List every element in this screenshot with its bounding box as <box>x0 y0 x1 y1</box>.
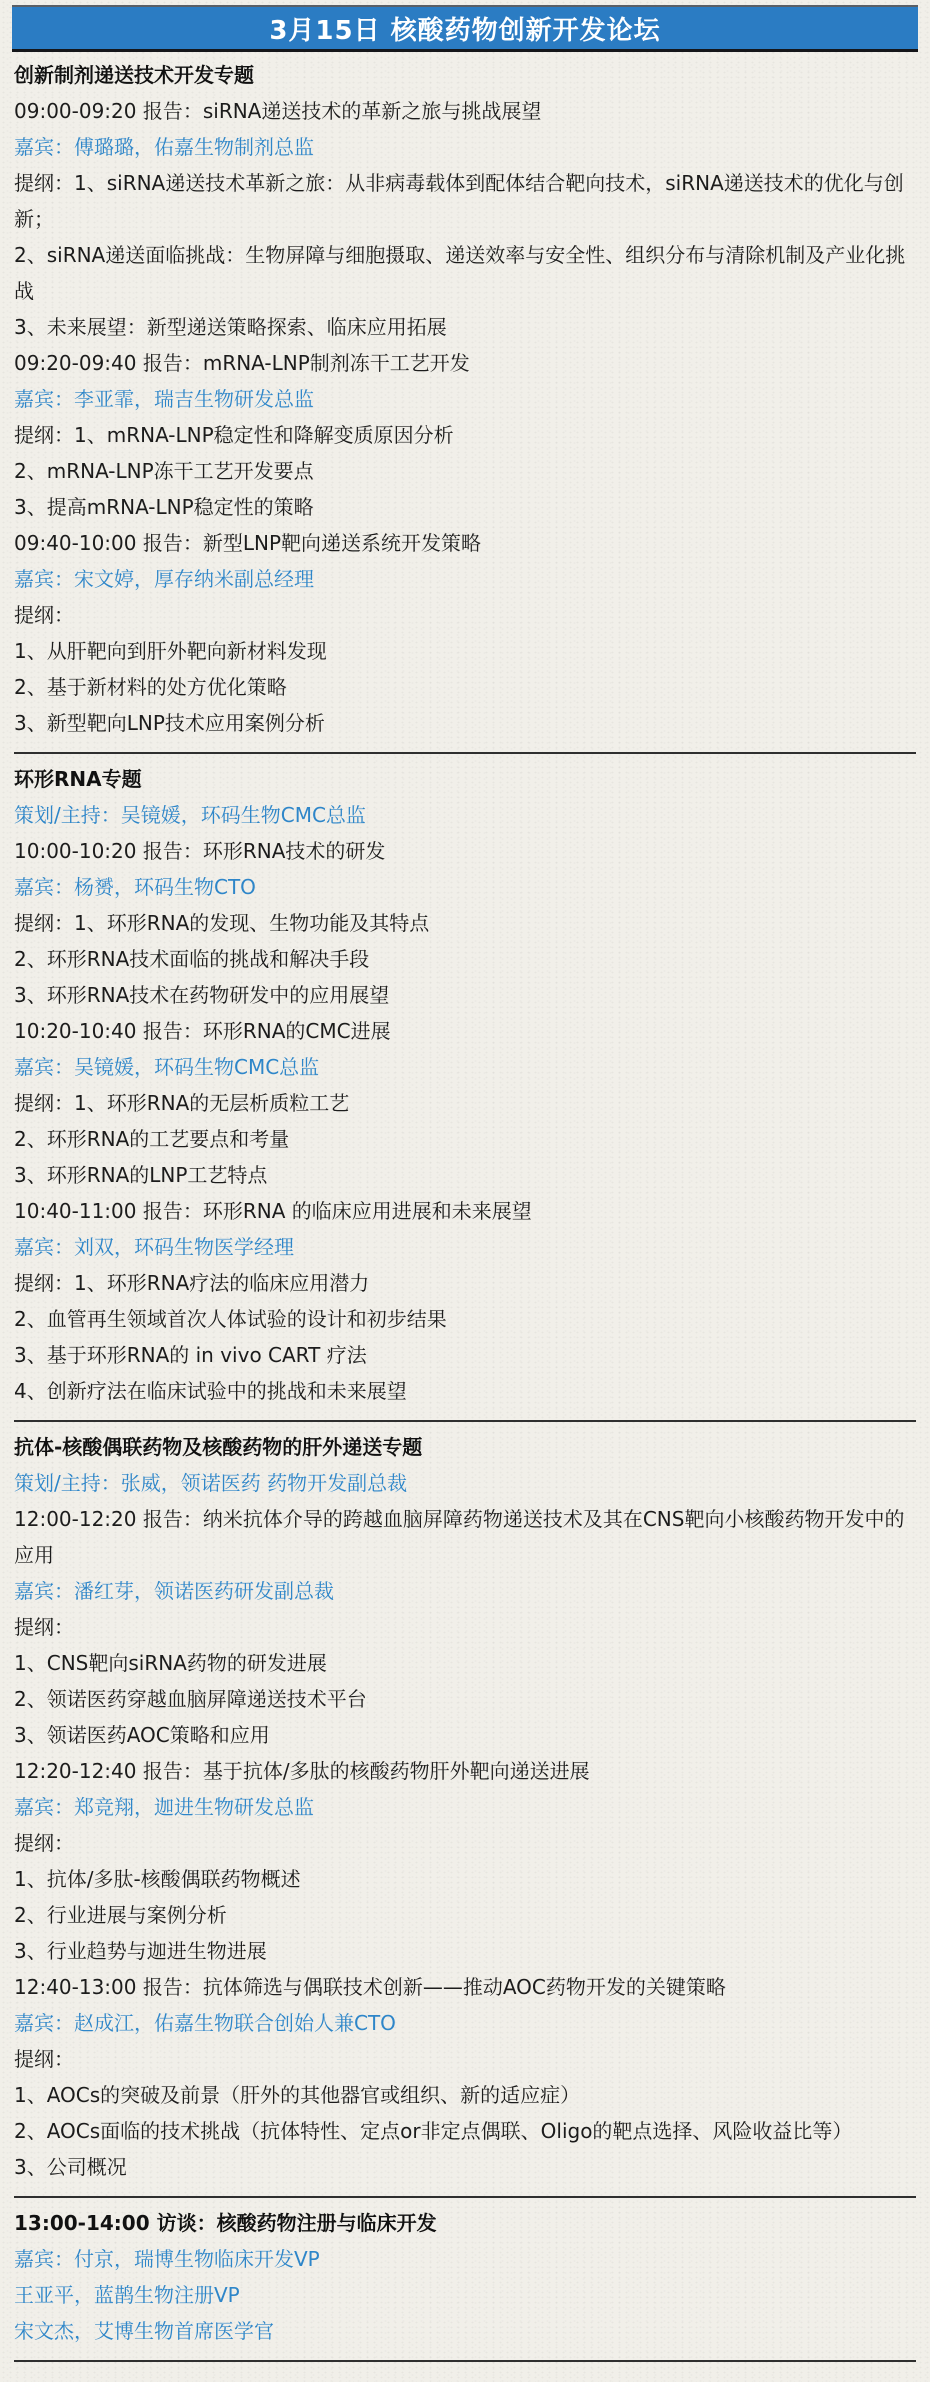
outline-item: 3、领诺医药AOC策略和应用 <box>14 1717 916 1753</box>
outline-item: 3、行业趋势与迦进生物进展 <box>14 1933 916 1969</box>
outline-item: 2、mRNA-LNP冻干工艺开发要点 <box>14 453 916 489</box>
session-time-title: 09:20-09:40 报告：mRNA-LNP制剂冻干工艺开发 <box>14 345 916 381</box>
guest-line: 嘉宾：赵成江，佑嘉生物联合创始人兼CTO <box>14 2005 916 2041</box>
outline-item: 提纲：1、mRNA-LNP稳定性和降解变质原因分析 <box>14 417 916 453</box>
session-time-title: 12:20-12:40 报告：基于抗体/多肽的核酸药物肝外靶向递送进展 <box>14 1753 916 1789</box>
forum-title-banner: 3月15日 核酸药物创新开发论坛 <box>12 5 918 52</box>
outline-item: 3、环形RNA的LNP工艺特点 <box>14 1157 916 1193</box>
outline-item: 1、从肝靶向到肝外靶向新材料发现 <box>14 633 916 669</box>
session-time-title: 10:40-11:00 报告：环形RNA 的临床应用进展和未来展望 <box>14 1193 916 1229</box>
outline-item: 提纲：1、环形RNA疗法的临床应用潜力 <box>14 1265 916 1301</box>
outline-item: 提纲： <box>14 1609 916 1645</box>
guest-line: 宋文杰，艾博生物首席医学官 <box>14 2313 916 2349</box>
section-divider <box>14 752 916 754</box>
guest-line: 嘉宾：潘红芽，领诺医药研发副总裁 <box>14 1573 916 1609</box>
session-time-title: 10:20-10:40 报告：环形RNA的CMC进展 <box>14 1013 916 1049</box>
session-time-title: 09:40-10:00 报告：新型LNP靶向递送系统开发策略 <box>14 525 916 561</box>
outline-item: 2、siRNA递送面临挑战：生物屏障与细胞摄取、递送效率与安全性、组织分布与清除… <box>14 237 916 309</box>
section-heading: 环形RNA专题 <box>14 761 916 797</box>
section-heading: 创新制剂递送技术开发专题 <box>14 57 916 93</box>
outline-item: 2、AOCs面临的技术挑战（抗体特性、定点or非定点偶联、Oligo的靶点选择、… <box>14 2113 916 2149</box>
outline-item: 提纲：1、环形RNA的发现、生物功能及其特点 <box>14 905 916 941</box>
outline-item: 1、抗体/多肽-核酸偶联药物概述 <box>14 1861 916 1897</box>
outline-item: 3、环形RNA技术在药物研发中的应用展望 <box>14 977 916 1013</box>
outline-item: 提纲： <box>14 1825 916 1861</box>
outline-item: 3、提高mRNA-LNP稳定性的策略 <box>14 489 916 525</box>
outline-item: 提纲：1、环形RNA的无层析质粒工艺 <box>14 1085 916 1121</box>
outline-item: 2、环形RNA技术面临的挑战和解决手段 <box>14 941 916 977</box>
outline-item: 1、AOCs的突破及前景（肝外的其他器官或组织、新的适应症） <box>14 2077 916 2113</box>
outline-item: 2、行业进展与案例分析 <box>14 1897 916 1933</box>
outline-item: 4、创新疗法在临床试验中的挑战和未来展望 <box>14 1373 916 1409</box>
guest-line: 嘉宾：傅璐璐，佑嘉生物制剂总监 <box>14 129 916 165</box>
session-time-title: 12:00-12:20 报告：纳米抗体介导的跨越血脑屏障药物递送技术及其在CNS… <box>14 1501 916 1573</box>
guest-line: 嘉宾：宋文婷，厚存纳米副总经理 <box>14 561 916 597</box>
section-heading: 抗体-核酸偶联药物及核酸药物的肝外递送专题 <box>14 1429 916 1465</box>
section-divider <box>14 1420 916 1422</box>
outline-item: 3、基于环形RNA的 in vivo CART 疗法 <box>14 1337 916 1373</box>
session-time-title: 09:00-09:20 报告：siRNA递送技术的革新之旅与挑战展望 <box>14 93 916 129</box>
outline-item: 3、公司概况 <box>14 2149 916 2185</box>
outline-item: 2、血管再生领域首次人体试验的设计和初步结果 <box>14 1301 916 1337</box>
session-time-title: 10:00-10:20 报告：环形RNA技术的研发 <box>14 833 916 869</box>
outline-item: 提纲： <box>14 597 916 633</box>
guest-line: 嘉宾：李亚霏，瑞吉生物研发总监 <box>14 381 916 417</box>
guest-line: 嘉宾：吴镜媛，环码生物CMC总监 <box>14 1049 916 1085</box>
host-line: 策划/主持：吴镜媛，环码生物CMC总监 <box>14 797 916 833</box>
guest-line: 嘉宾：付京，瑞博生物临床开发VP <box>14 2241 916 2277</box>
guest-line: 嘉宾：郑竞翔，迦进生物研发总监 <box>14 1789 916 1825</box>
section-divider <box>14 2196 916 2198</box>
outline-item: 3、新型靶向LNP技术应用案例分析 <box>14 705 916 741</box>
guest-line: 嘉宾：刘双，环码生物医学经理 <box>14 1229 916 1265</box>
section-divider <box>14 2360 916 2362</box>
forum-title: 3月15日 核酸药物创新开发论坛 <box>269 10 660 47</box>
outline-item: 2、基于新材料的处方优化策略 <box>14 669 916 705</box>
session-time-title: 12:40-13:00 报告：抗体筛选与偶联技术创新——推动AOC药物开发的关键… <box>14 1969 916 2005</box>
outline-item: 2、领诺医药穿越血脑屏障递送技术平台 <box>14 1681 916 1717</box>
guest-line: 王亚平，蓝鹊生物注册VP <box>14 2277 916 2313</box>
outline-item: 提纲： <box>14 2041 916 2077</box>
outline-item: 2、环形RNA的工艺要点和考量 <box>14 1121 916 1157</box>
agenda: 创新制剂递送技术开发专题09:00-09:20 报告：siRNA递送技术的革新之… <box>0 52 930 2362</box>
guest-line: 嘉宾：杨赟，环码生物CTO <box>14 869 916 905</box>
outline-item: 3、未来展望：新型递送策略探索、临床应用拓展 <box>14 309 916 345</box>
outline-item: 提纲：1、siRNA递送技术革新之旅：从非病毒载体到配体结合靶向技术，siRNA… <box>14 165 916 237</box>
outline-item: 1、CNS靶向siRNA药物的研发进展 <box>14 1645 916 1681</box>
session-heading-time: 13:00-14:00 访谈：核酸药物注册与临床开发 <box>14 2205 916 2241</box>
host-line: 策划/主持：张威，领诺医药 药物开发副总裁 <box>14 1465 916 1501</box>
